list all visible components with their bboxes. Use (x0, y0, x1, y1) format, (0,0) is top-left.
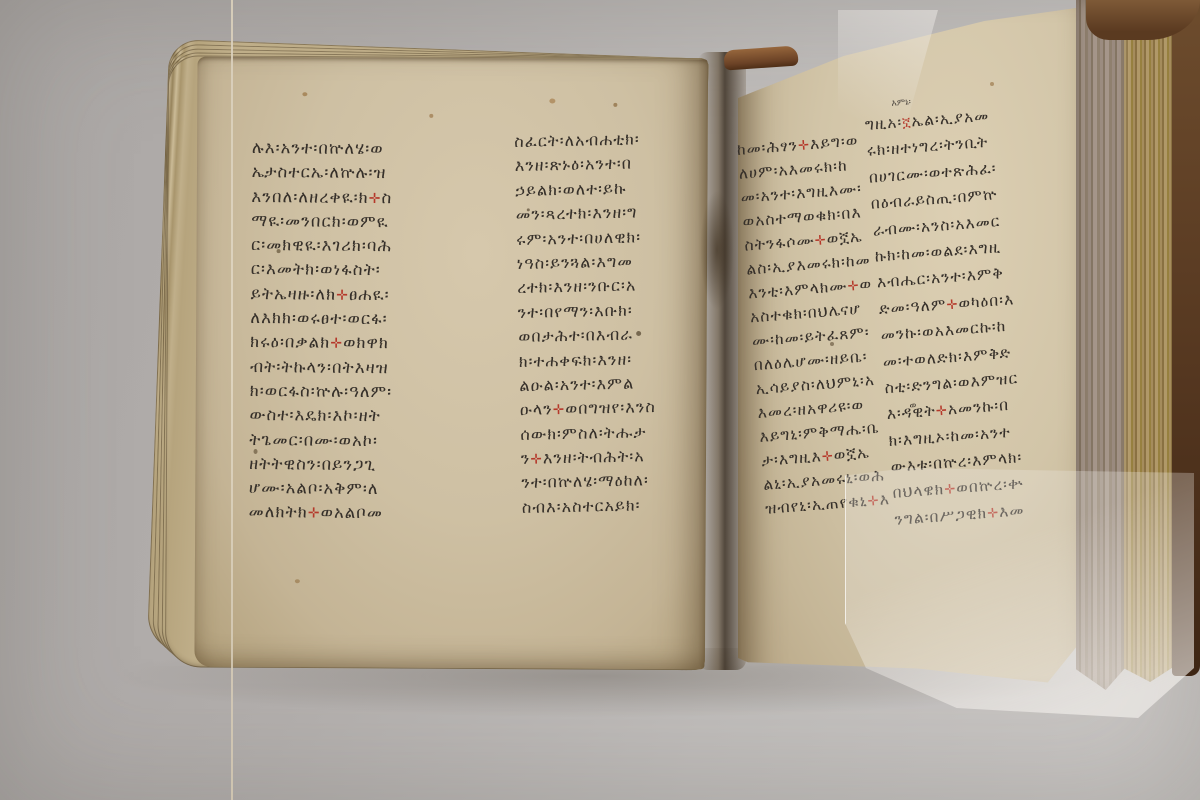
page-edges-shadowed (1076, 0, 1130, 690)
text-line: ማዪ፡መንበርክ፡ወምዪ (251, 209, 501, 235)
text-line: ር፡መክዊዪ፡እገሪክ፡ባሕ (251, 233, 501, 259)
text-line: ስብእ፡አስተርአይክ፡ (522, 492, 722, 521)
binding-leather-tab (723, 45, 798, 70)
leather-cover (1172, 0, 1200, 676)
manuscript-photo: ሉእ፡አንተ፡በኵለሄ፡ወኤታስተርኤ፡ለኵሉ፡ዝእንበለ፡ለዘረቀዪ፡ክ✛ስማ… (0, 0, 1200, 800)
text-line: ለእክክ፡ወሩፀተ፡ወርፋ፡ (250, 306, 500, 332)
text-line: ብት፡ትኩላን፡በትእዛዝ (250, 355, 500, 381)
text-line: ር፡እመትክ፡ወነፋስት፡ (251, 257, 501, 283)
stain-spot (302, 92, 307, 96)
text-line: ትጌመር፡በሙ፡ወአኮ፡ (249, 428, 499, 454)
text-line: ኤታስተርኤ፡ለኵሉ፡ዝ (252, 160, 502, 186)
text-line: ሆሙ፡አልቦ፡አቅም፡ለ (249, 476, 499, 502)
text-line: ክ፡ወርፋስ፡ኵሉ፡ዓለም፡ (250, 379, 500, 405)
text-line: እንበለ፡ለዘረቀዪ፡ክ✛ስ (251, 185, 501, 211)
interlinear-note: እምኔ፡ (891, 97, 911, 108)
stain-spot (429, 114, 433, 118)
stain-spot (800, 48, 804, 52)
stain-spot (990, 82, 994, 86)
text-line: ዘትትዊስን፡በይንጋጊ (249, 452, 499, 478)
text-column-right-2: እምኔ፡ ግዚአ፡ኟኤል፡ኢያአመሩክ፡ዘተነግረ፡ትንቢትበሀገርሙ፡ወተጽሕ… (864, 97, 1090, 533)
stain-spot (549, 99, 555, 104)
text-line: ክሩዕ፡በቃልክ✛ወክዋክ (250, 330, 500, 356)
text-line: መለክትክ✛ወአልቦመ (249, 500, 499, 526)
binding-thread (231, 0, 233, 800)
text-column-left-2: ስፈርት፡ለአብሐቲክ፡እንዘ፡ጽኑዕ፡አንተ፡በኃይልክ፡ወለተ፡ይኩመን፡ጻ… (514, 126, 722, 520)
stain-spot (295, 579, 300, 583)
text-line: ውስተ፡እዴክ፡እኮ፡ዘት (249, 403, 499, 429)
stain-spot (613, 103, 617, 107)
text-line: ሉእ፡አንተ፡በኵለሄ፡ወ (252, 136, 502, 162)
text-line: ይትኤዛዙ፡ለክ✛ፀሐዪ፡ (251, 282, 501, 308)
text-column-left-1: ሉእ፡አንተ፡በኵለሄ፡ወኤታስተርኤ፡ለኵሉ፡ዝእንበለ፡ለዘረቀዪ፡ክ✛ስማ… (249, 136, 502, 527)
